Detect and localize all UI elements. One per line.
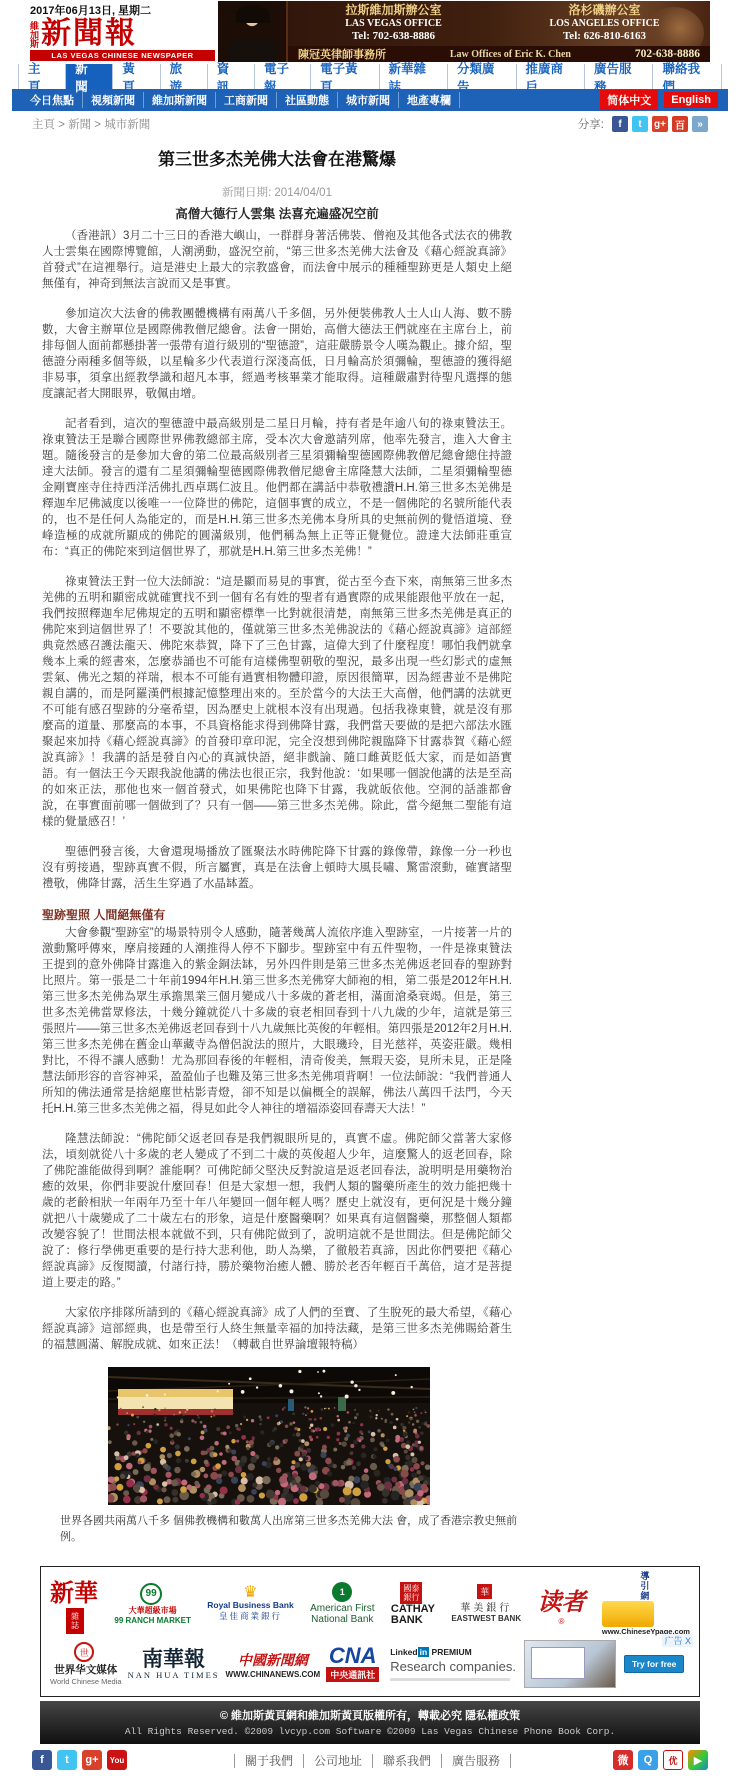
linkedin-ad[interactable]: Linkedin PREMIUM Research companies. Try…: [390, 1636, 693, 1692]
sub-nav: 今日焦點 視頻新聞 維加斯新聞 工商新聞 社區動態 城市新聞 地產專欄 简体中文…: [12, 89, 728, 111]
ad-firm-name-cn: 陳冠英律師事務所: [298, 46, 386, 62]
bottom-links: 關于我們公司地址聯系我們廣告服務: [132, 1752, 613, 1769]
weibo-icon[interactable]: 微: [613, 1750, 633, 1770]
logo-main-text: 新聞報: [41, 19, 137, 49]
ypage-gold-block: [602, 1601, 654, 1627]
subnav-item-city-news[interactable]: 城市新聞: [338, 92, 399, 108]
linkedin-ad-text: Linkedin PREMIUM Research companies.: [390, 1647, 516, 1681]
ad-close-label[interactable]: 广告 X: [662, 1634, 693, 1647]
article-subtitle: 高僧大德行人雲集 法喜充遍盛况空前: [42, 204, 512, 222]
sponsor-east-west-bank[interactable]: 華 華美銀行 EASTWEST BANK: [448, 1584, 524, 1623]
bottom-social-left: f t g+ You: [32, 1750, 132, 1770]
facebook-icon[interactable]: f: [32, 1750, 52, 1770]
about-us-link[interactable]: 關于我們: [234, 1754, 304, 1768]
qq-icon[interactable]: Q: [638, 1750, 658, 1770]
nav-item-enewspaper[interactable]: 電子報: [255, 64, 311, 89]
logo-vertical-text: 維加斯: [30, 22, 39, 49]
article-paragraph: 大家依序排隊所請到的《藉心經說真諦》成了人們的至寶、了生脫死的最大希望，《藉心經…: [42, 1305, 512, 1353]
nav-item-classifieds[interactable]: 分類廣告: [448, 64, 516, 89]
cathay-seal-icon: 國泰銀行: [400, 1582, 422, 1604]
afnb-badge-icon: 1: [332, 1582, 352, 1602]
linkedin-try-free-button[interactable]: Try for free: [624, 1655, 684, 1673]
breadcrumb-row: 主頁 > 新聞 > 城市新聞 分享: f t g+ 百 »: [0, 111, 740, 135]
baidu-share-icon[interactable]: 百: [672, 116, 688, 132]
nav-item-home[interactable]: 主 頁: [18, 64, 66, 89]
section-heading: 聖跡聖照 人間絕無僅有: [42, 906, 512, 923]
sponsor-chineseypage[interactable]: 導引網 www.ChineseYpage.com: [599, 1571, 693, 1636]
google-plus-icon[interactable]: g+: [82, 1750, 102, 1770]
nav-item-eyellowpages[interactable]: 電子黃頁: [311, 64, 379, 89]
sponsor-cna[interactable]: CNA 中央通訊社: [323, 1646, 382, 1682]
nav-item-info[interactable]: 資 訊: [208, 64, 255, 89]
eastwest-seal-icon: 華: [477, 1584, 492, 1599]
nav-item-magazine[interactable]: 新華雜誌: [380, 64, 448, 89]
sponsor-royal-business-bank[interactable]: ♛ Royal Business Bank 皇佳商業銀行: [204, 1586, 296, 1622]
law-office-ad-banner[interactable]: 拉斯維加斯辦公室 LAS VEGAS OFFICE Tel: 702-638-8…: [218, 1, 710, 62]
nav-item-news[interactable]: 新 聞: [66, 64, 113, 89]
google-plus-share-icon[interactable]: g+: [652, 116, 668, 132]
photo-caption: 世界各國共兩萬八千多 個佛教機構和數萬人出席第三世多杰羌佛大法 會，成了香港宗教…: [60, 1512, 530, 1544]
nav-item-contact[interactable]: 聯絡我們: [653, 64, 721, 89]
nav-item-merchants[interactable]: 推廣商戶: [517, 64, 585, 89]
contact-us-link[interactable]: 聯系我們: [373, 1754, 442, 1768]
copyright-line-1: © 維加斯黃頁網和維加斯黃頁版權所有，轉載必究 隱私權政策: [40, 1707, 700, 1723]
ad-firm-name-en: Law Offices of Eric K. Chen: [450, 49, 571, 60]
lawyer-photo: [218, 1, 288, 62]
ad-service-link[interactable]: 廣告服務: [442, 1754, 511, 1768]
main-nav: 主 頁 新 聞 黃 頁 旅 遊 資 訊 電子報 電子黃頁 新華雜誌 分類廣告 推…: [0, 64, 740, 89]
twitter-share-icon[interactable]: t: [632, 116, 648, 132]
article-date: 新聞日期: 2014/04/01: [42, 184, 512, 200]
sponsor-nanhua-times[interactable]: 南華報 NAN HUA TIMES: [125, 1649, 223, 1680]
article: 第三世多杰羌佛大法會在港驚爆 新聞日期: 2014/04/01 高僧大德行人雲集…: [0, 135, 740, 1544]
ad-firm-strip: 陳冠英律師事務所 Law Offices of Eric K. Chen 702…: [288, 46, 710, 62]
article-paragraph: 隆慧法師說：“佛陀師父返老回春是我們親眼所見的，真實不虛。佛陀師父當著大家修法，…: [42, 1131, 512, 1291]
linkedin-ad-thumbnail: [524, 1640, 616, 1688]
share-label: 分享:: [578, 116, 604, 132]
youku-icon[interactable]: 优: [663, 1750, 683, 1770]
linkedin-fine-print: [390, 1678, 510, 1681]
subnav-item-video-news[interactable]: 視頻新聞: [83, 92, 144, 108]
header: 2017年06月13日, 星期二 維加斯 新聞報 LAS VEGAS CHINE…: [0, 0, 740, 64]
english-button[interactable]: English: [664, 92, 718, 108]
xinhua-seal-icon: 雜誌: [66, 1608, 84, 1634]
sponsor-world-chinese-media[interactable]: 世 世界华文媒体 World Chinese Media: [47, 1642, 125, 1686]
subnav-item-todays-focus[interactable]: 今日焦點: [22, 92, 83, 108]
logo-banner: LAS VEGAS CHINESE NEWSPAPER: [30, 50, 215, 61]
breadcrumb[interactable]: 主頁 > 新聞 > 城市新聞: [32, 116, 150, 132]
article-paragraph: 參加這次大法會的佛教團體機構有兩萬八千多個，另外便裝佛教人士人山人海、數不勝數，…: [42, 306, 512, 402]
company-address-link[interactable]: 公司地址: [304, 1754, 373, 1768]
nav-item-yellowpages[interactable]: 黃 頁: [113, 64, 160, 89]
bottom-bar: f t g+ You 關于我們公司地址聯系我們廣告服務 微 Q 优 ▶: [0, 1744, 740, 1778]
article-paragraph: （香港訊）3月二十三日的香港大嶼山，一群群身著活佛裝、僧袍及其他各式法衣的佛教人…: [42, 228, 512, 292]
article-paragraph: 記者看到，這次的聖德證中最高級別是二星日月輪，持有者是年逾八旬的祿東贊法王。祿東…: [42, 416, 512, 560]
ad-firm-phone: 702-638-8886: [635, 48, 700, 60]
ranch99-badge-icon: 99: [140, 1583, 162, 1605]
sponsor-chinanews[interactable]: 中國新聞網 WWW.CHINANEWS.COM: [223, 1650, 324, 1679]
copyright-line-2: All Rights Reserved. ©2009 lvcyp.com Sof…: [40, 1726, 700, 1737]
sponsor-row-2: 世 世界华文媒体 World Chinese Media 南華報 NAN HUA…: [47, 1636, 693, 1692]
twitter-icon[interactable]: t: [57, 1750, 77, 1770]
sponsor-cathay-bank[interactable]: 國泰銀行 CATHAYBANK: [388, 1582, 438, 1626]
page: 2017年06月13日, 星期二 維加斯 新聞報 LAS VEGAS CHINE…: [0, 0, 740, 1778]
sponsor-american-first-national-bank[interactable]: 1 American First National Bank: [307, 1582, 377, 1625]
sponsor-99-ranch-market[interactable]: 99 大華超級市場 99 RANCH MARKET: [111, 1583, 193, 1625]
wcm-badge-icon: 世: [74, 1642, 94, 1662]
subnav-item-vegas-news[interactable]: 維加斯新聞: [144, 92, 216, 108]
subnav-item-community[interactable]: 社區動態: [277, 92, 338, 108]
youtube-icon[interactable]: You: [107, 1750, 127, 1770]
sponsor-row-1: 新華 雜誌 99 大華超級市場 99 RANCH MARKET ♛ Royal …: [47, 1571, 693, 1636]
subnav-item-realestate[interactable]: 地產專欄: [399, 92, 460, 108]
sponsor-ad-box: 新華 雜誌 99 大華超級市場 99 RANCH MARKET ♛ Royal …: [40, 1566, 700, 1697]
sponsor-duzhe[interactable]: 读者®: [535, 1582, 589, 1626]
article-paragraph: 大會參觀“聖跡室”的場景特別令人感動，隨著幾萬人流依序進入聖跡室，一片接著一片的…: [42, 925, 512, 1117]
nav-item-travel[interactable]: 旅 遊: [161, 64, 208, 89]
more-share-icon[interactable]: »: [692, 116, 708, 132]
linkedin-logo-icon: in: [418, 1647, 430, 1657]
article-title: 第三世多杰羌佛大法會在港驚爆: [42, 145, 512, 170]
facebook-share-icon[interactable]: f: [612, 116, 628, 132]
copyright-bar: © 維加斯黃頁網和維加斯黃頁版權所有，轉載必究 隱私權政策 All Rights…: [40, 1701, 700, 1744]
article-paragraph: 聖德們發言後，大會還現場播放了匯聚法水時佛陀降下甘露的錄像帶，錄像一分一秒也沒有…: [42, 844, 512, 892]
subnav-item-business-news[interactable]: 工商新聞: [216, 92, 277, 108]
nav-item-adservice[interactable]: 廣告服務: [585, 64, 653, 89]
crown-icon: ♛: [243, 1586, 257, 1600]
tencent-video-icon[interactable]: ▶: [688, 1750, 708, 1770]
sponsor-xinhua-magazine[interactable]: 新華 雜誌: [47, 1573, 101, 1634]
simplified-chinese-button[interactable]: 简体中文: [600, 90, 658, 110]
ypage-vertical-text: 導引網: [640, 1571, 649, 1601]
article-paragraph: 祿東贊法王對一位大法師說：“這是顯而易見的事實，從古至今查下來，南無第三世多杰羌…: [42, 574, 512, 830]
bottom-social-right: 微 Q 优 ▶: [613, 1750, 708, 1770]
crowd-photo: [108, 1367, 430, 1510]
